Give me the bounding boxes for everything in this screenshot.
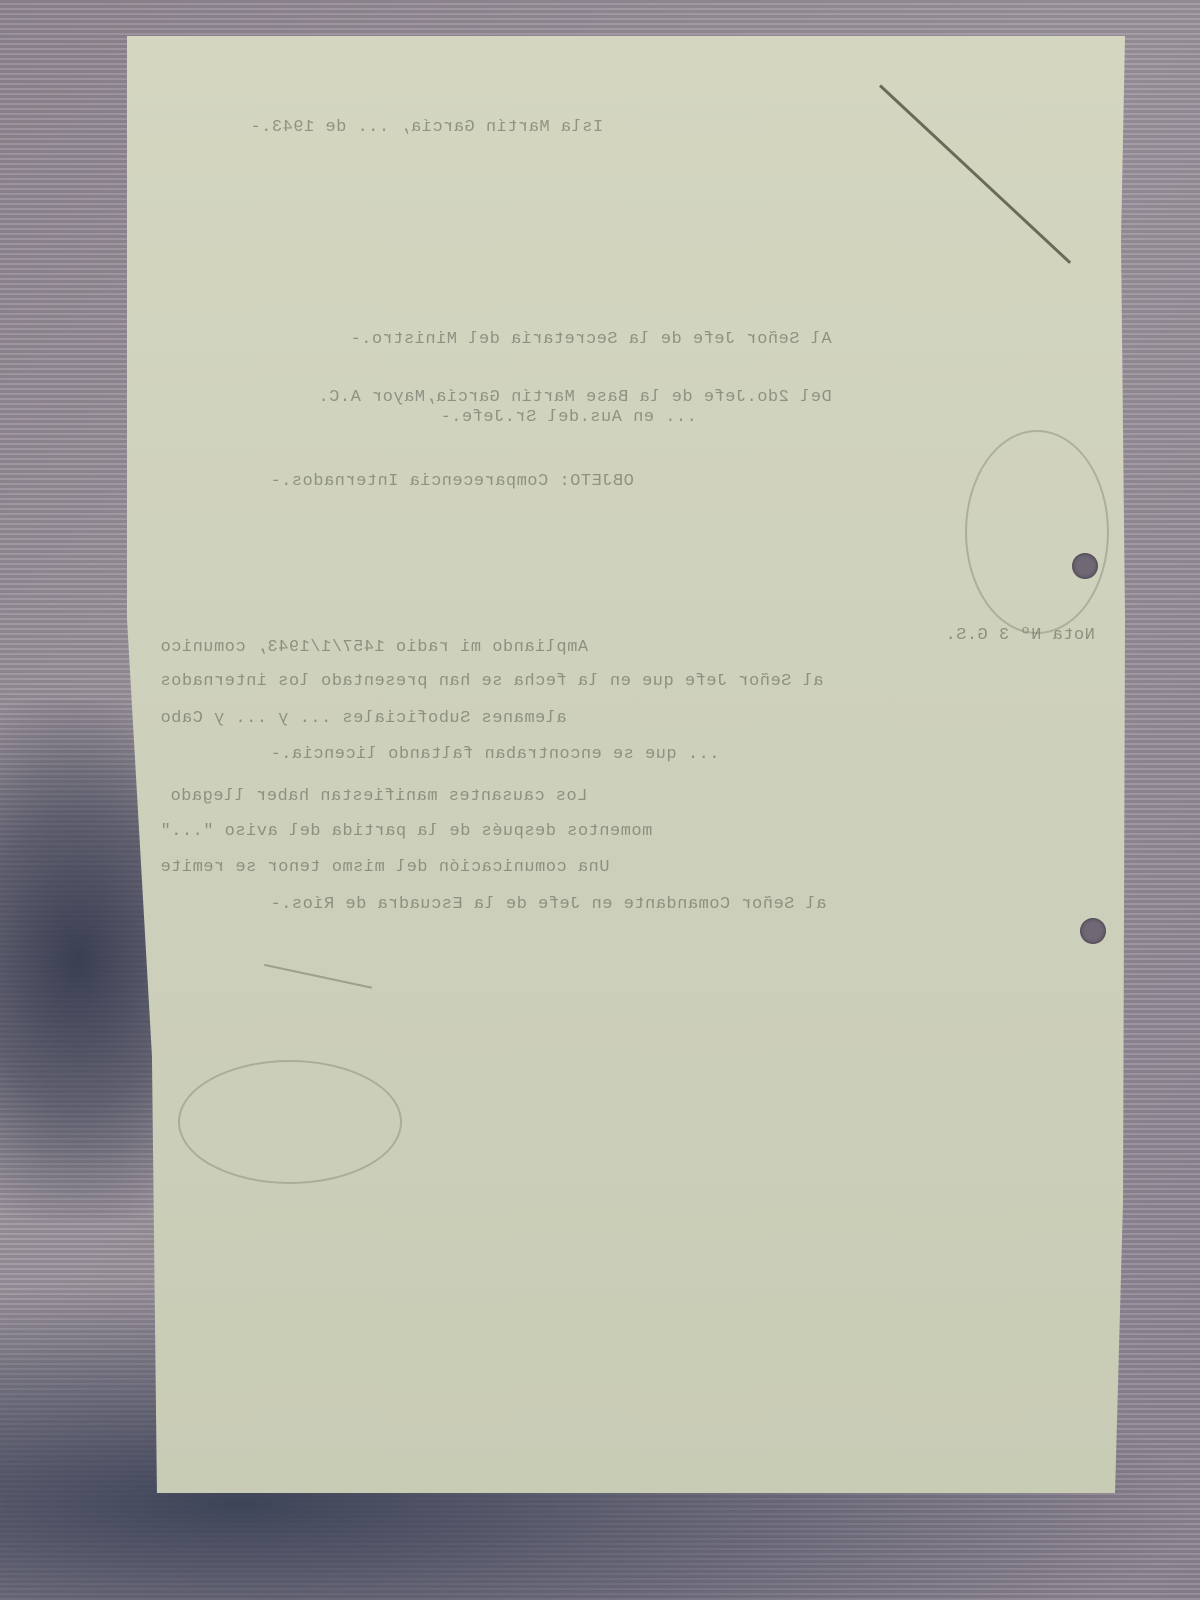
body-line-1: Ampliando mi radio 1457/1/1943, comunico bbox=[160, 638, 588, 657]
body-line-2: al Señor Jefe que en la fecha se han pre… bbox=[160, 672, 824, 691]
punch-hole bbox=[1080, 918, 1106, 944]
body-line-3: alemanes Suboficiales ... y ... y Cabo bbox=[160, 709, 567, 728]
subject-line: OBJETO: Comparecencia Internados.- bbox=[270, 472, 634, 491]
sender-line-1: Del 2do.Jefe de la Base Martín García,Ma… bbox=[318, 388, 832, 407]
official-stamp bbox=[178, 1060, 402, 1184]
official-stamp bbox=[965, 430, 1109, 634]
punch-hole bbox=[1072, 553, 1098, 579]
body-line-6: momentos después de la partida del aviso… bbox=[160, 822, 652, 841]
document-sheet bbox=[127, 36, 1125, 1493]
place-date-line: Isla Martín García, ... de 1943.- bbox=[250, 118, 603, 137]
body-line-8: al Señor Comandante en Jefe de la Escuad… bbox=[270, 895, 827, 914]
body-line-4: ... que se encontraban faltando licencia… bbox=[270, 745, 719, 764]
addressee-line: Al Señor Jefe de la Secretaría del Minis… bbox=[350, 330, 832, 349]
body-line-7: Una comunicación del mismo tenor se remi… bbox=[160, 858, 609, 877]
body-line-5: Los causantes manifiestan haber llegado bbox=[170, 787, 587, 806]
sender-line-2: ... en Aus.del Sr.Jefe.- bbox=[440, 408, 697, 427]
